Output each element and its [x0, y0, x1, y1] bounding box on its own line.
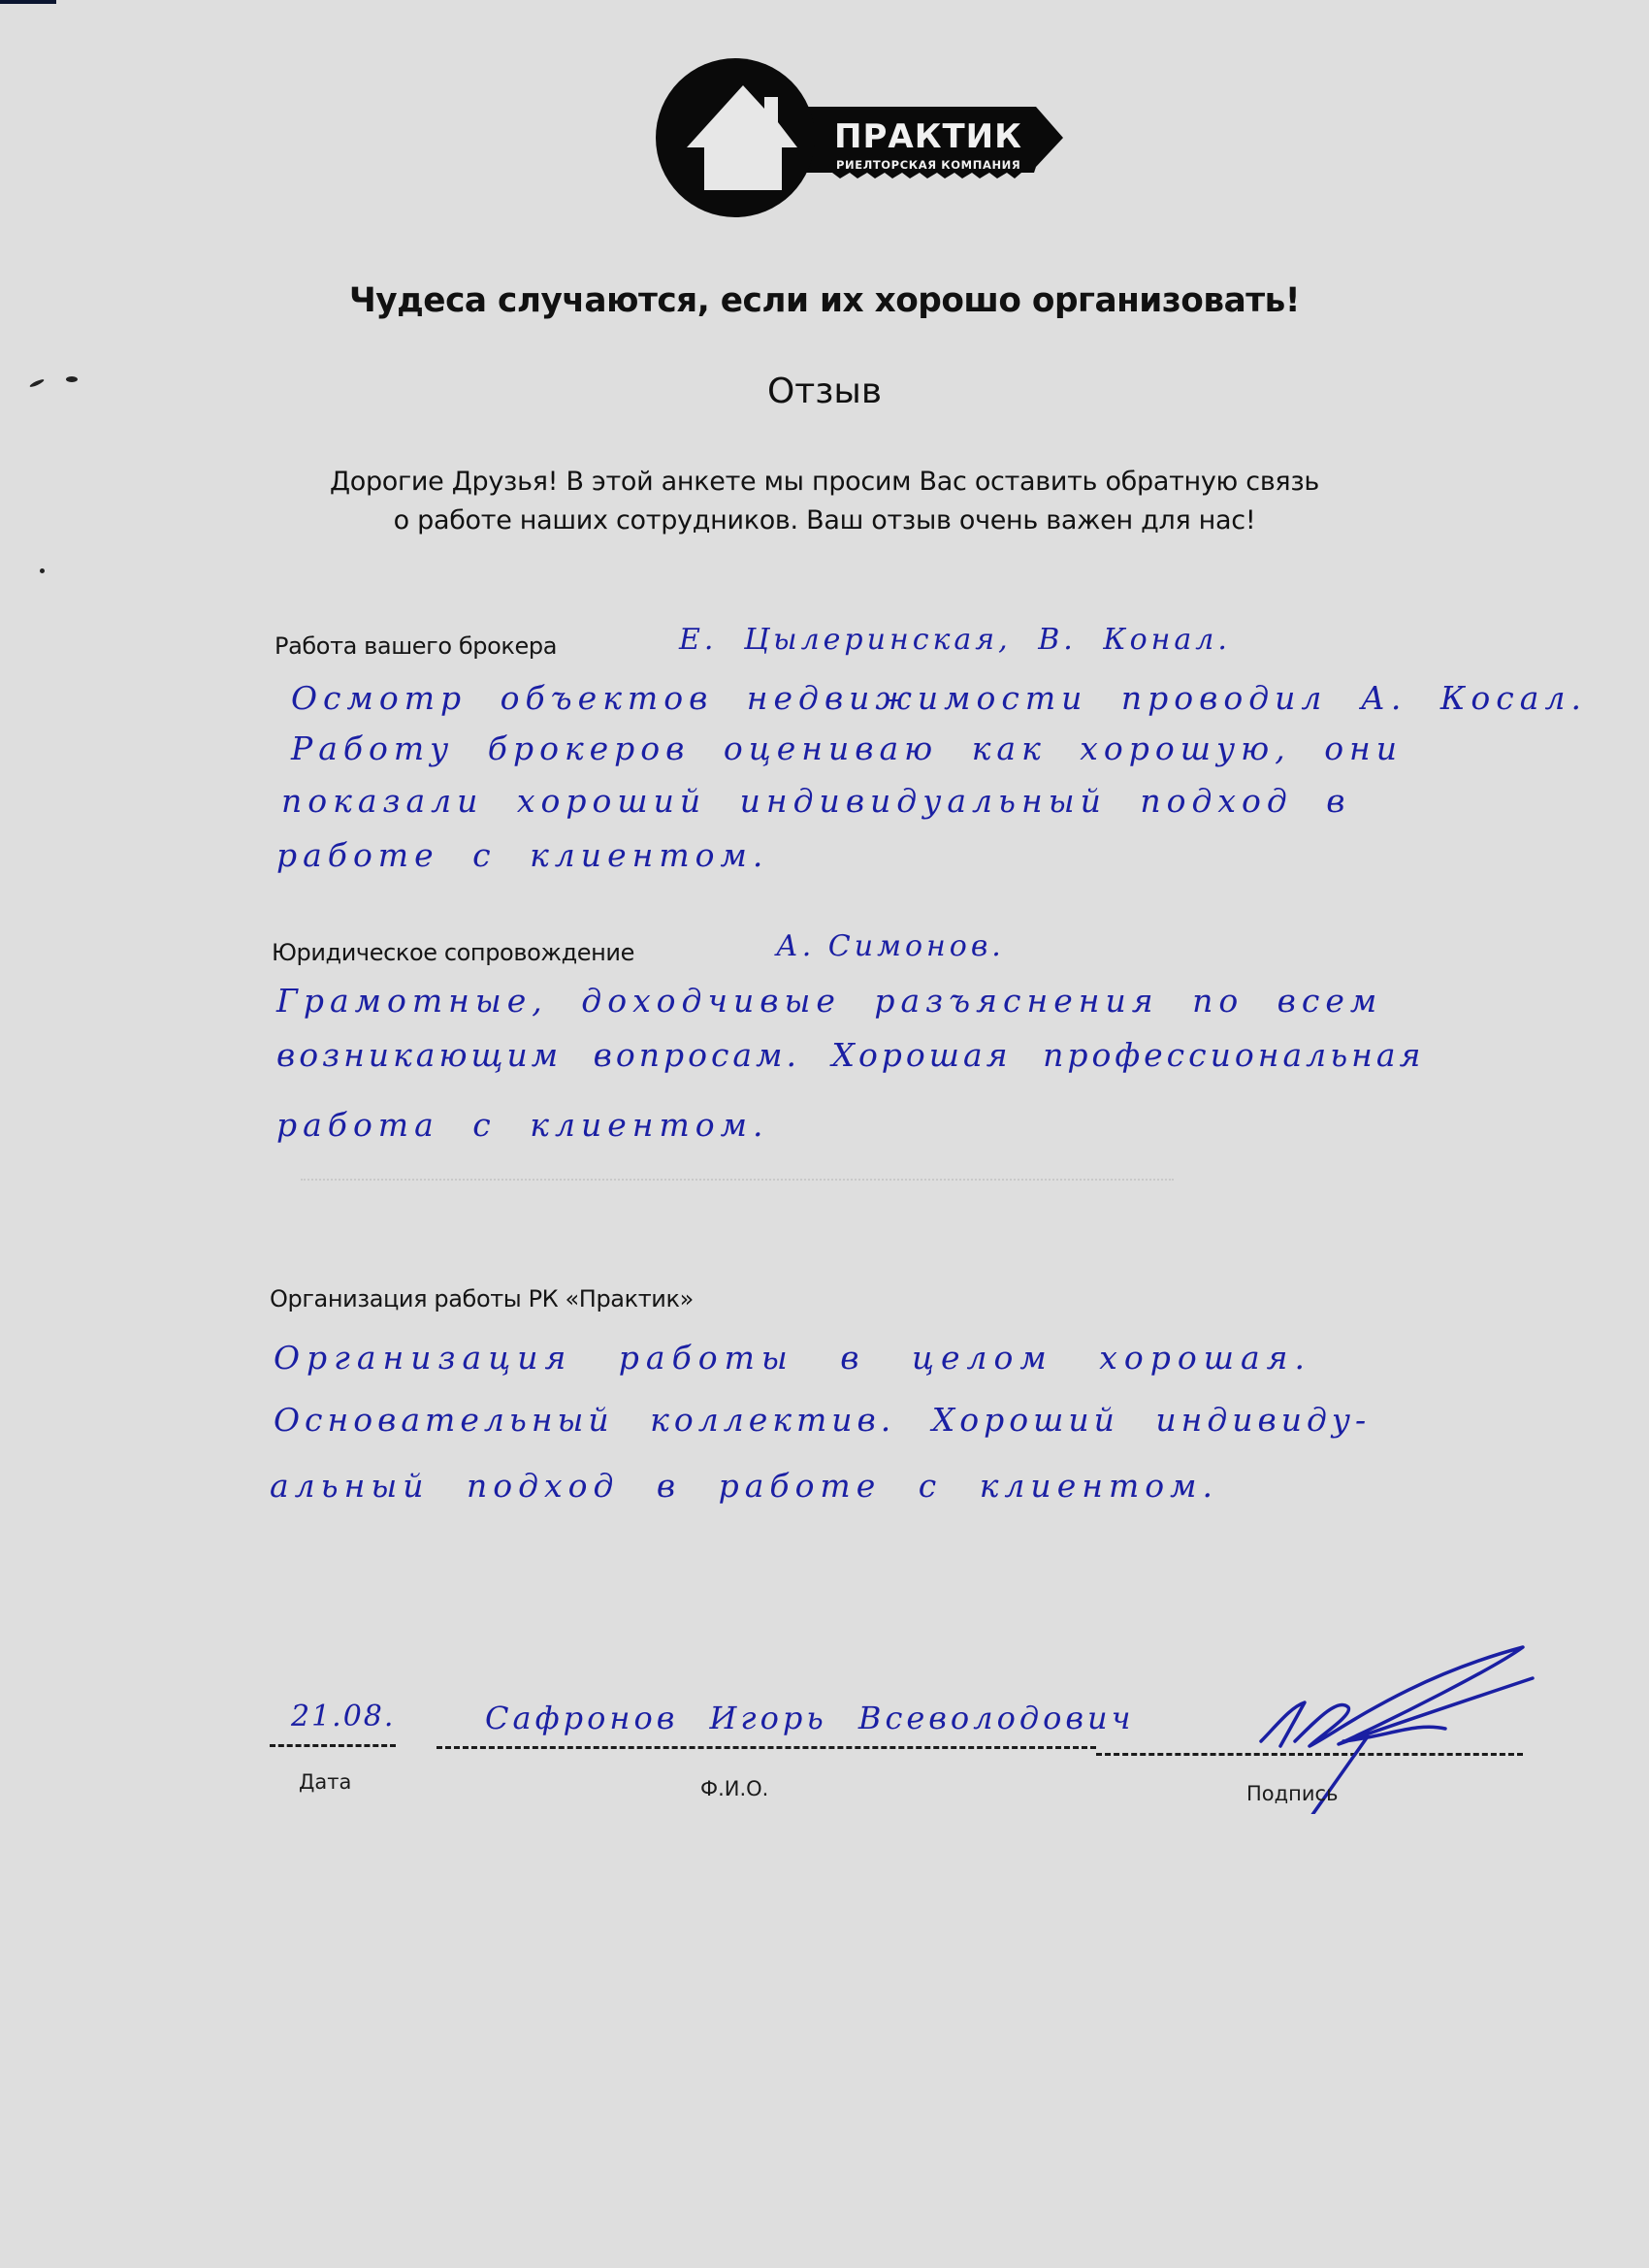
scan-corner-mark: [0, 0, 56, 4]
broker-comment-line[interactable]: работе с клиентом.: [276, 836, 768, 874]
organization-comment-line[interactable]: Основательный коллектив. Хороший индивид…: [274, 1401, 1371, 1439]
faint-line: [301, 1179, 1174, 1181]
company-logo: ПРАКТИК РИЕЛТОРСКАЯ КОМПАНИЯ: [648, 58, 1065, 223]
broker-comment-line[interactable]: показали хороший индивидуальный подход в: [281, 782, 1350, 820]
legal-comment-line[interactable]: возникающим вопросам. Хорошая профессион…: [276, 1036, 1424, 1074]
legal-label: Юридическое сопровождение: [272, 939, 634, 966]
intro-line-2: о работе наших сотрудников. Ваш отзыв оч…: [0, 502, 1649, 540]
organization-comment-line[interactable]: альный подход в работе с клиентом.: [270, 1467, 1218, 1505]
organization-label: Организация работы РК «Практик»: [270, 1285, 694, 1312]
scan-speck: [40, 568, 45, 573]
legal-comment-line[interactable]: работа с клиентом.: [276, 1106, 768, 1144]
broker-comment-line[interactable]: Осмотр объектов недвижимости проводил А.…: [291, 679, 1587, 717]
broker-label: Работа вашего брокера: [275, 632, 557, 660]
intro-line-1: Дорогие Друзья! В этой анкете мы просим …: [0, 463, 1649, 502]
organization-comment-line[interactable]: Организация работы в целом хорошая.: [274, 1339, 1311, 1377]
legal-names[interactable]: А. Симонов.: [776, 929, 1005, 963]
logo-subtitle: РИЕЛТОРСКАЯ КОМПАНИЯ: [836, 160, 1020, 172]
date-label: Дата: [299, 1770, 351, 1794]
document-title: Отзыв: [0, 372, 1649, 411]
signature-label: Подпись: [1246, 1782, 1338, 1805]
full-name-line: [436, 1746, 1096, 1749]
date-value[interactable]: 21.08.: [291, 1700, 395, 1733]
date-line: [270, 1744, 396, 1747]
legal-comment-line[interactable]: Грамотные, доходчивые разъяснения по все…: [276, 982, 1382, 1020]
logo-title: ПРАКТИК: [834, 120, 1022, 153]
slogan: Чудеса случаются, если их хорошо организ…: [16, 281, 1633, 320]
full-name-label: Ф.И.О.: [700, 1777, 768, 1800]
intro-text: Дорогие Друзья! В этой анкете мы просим …: [0, 463, 1649, 540]
full-name-value[interactable]: Сафронов Игорь Всеволодович: [485, 1700, 1135, 1736]
broker-names[interactable]: Е. Цылеринская, В. Конал.: [679, 623, 1231, 657]
broker-comment-line[interactable]: Работу брокеров оцениваю как хорошую, он…: [291, 729, 1403, 767]
